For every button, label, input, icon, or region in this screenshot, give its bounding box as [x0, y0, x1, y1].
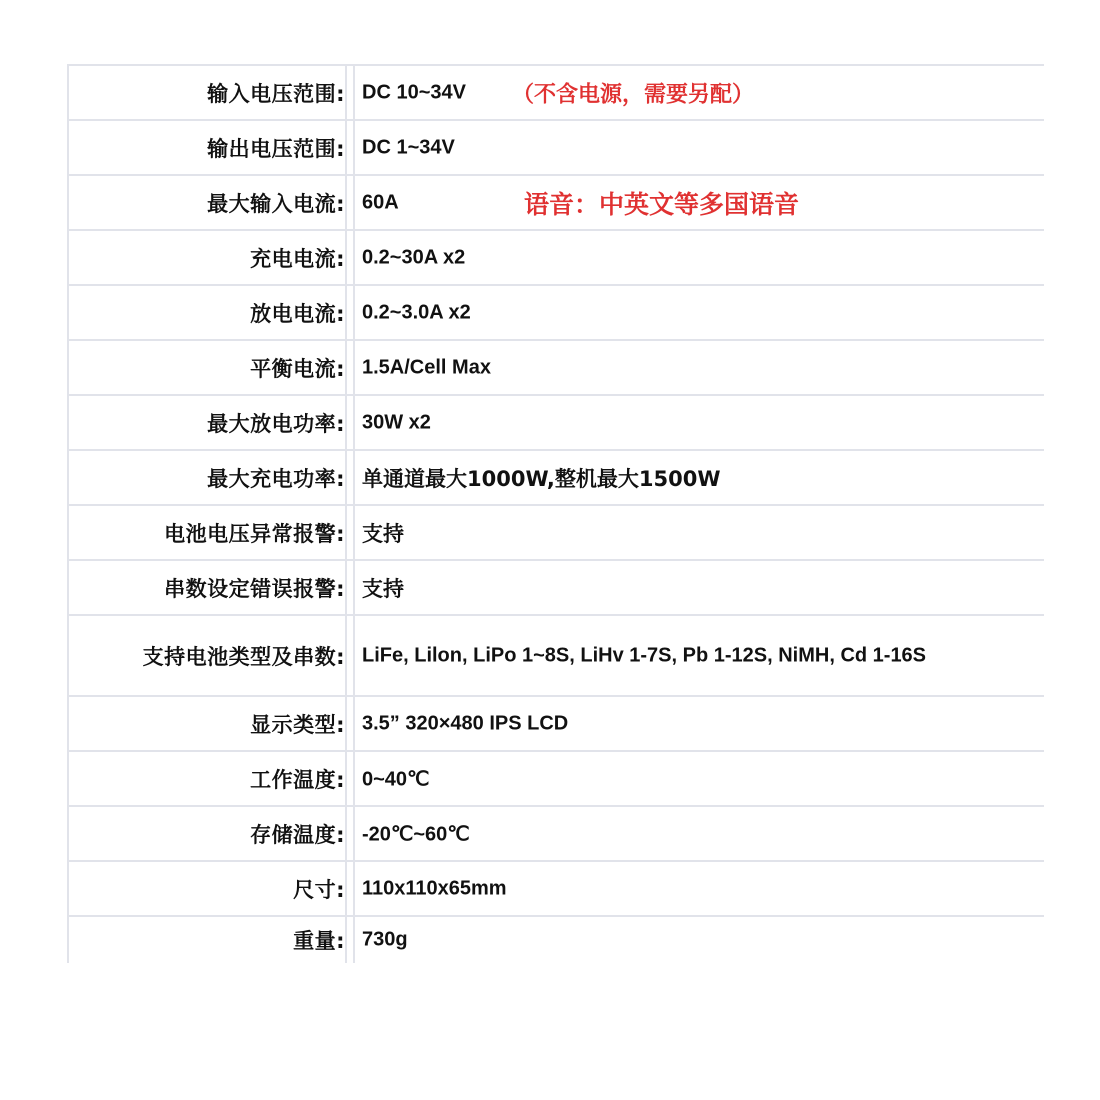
- table-row: 支持电池类型及串数: LiFe, Lilon, LiPo 1~8S, LiHv …: [69, 614, 1044, 695]
- spec-value: 60A: [362, 191, 399, 214]
- spec-value: DC 1~34V: [362, 136, 455, 159]
- table-row: 尺寸: 110x110x65mm: [69, 860, 1044, 915]
- spec-label: 平衡电流:: [75, 353, 345, 383]
- table-row: 工作温度: 0~40℃: [69, 750, 1044, 805]
- spec-label: 放电电流:: [75, 298, 345, 328]
- spec-label: 存储温度:: [75, 819, 345, 849]
- power-supply-note: （不含电源，需要另配）: [512, 77, 754, 108]
- table-row: 输出电压范围: DC 1~34V: [69, 119, 1044, 174]
- spec-label: 最大充电功率:: [75, 463, 345, 493]
- table-row: 放电电流: 0.2~3.0A x2: [69, 284, 1044, 339]
- spec-label: 串数设定错误报警:: [75, 573, 345, 603]
- spec-value: 0.2~30A x2: [362, 246, 465, 269]
- spec-value: 支持: [362, 573, 404, 603]
- spec-value: 30W x2: [362, 411, 431, 434]
- table-row: 平衡电流: 1.5A/Cell Max: [69, 339, 1044, 394]
- table-row: 最大充电功率: 单通道最大1000W,整机最大1500W: [69, 449, 1044, 504]
- table-row: 串数设定错误报警: 支持: [69, 559, 1044, 614]
- table-row: 显示类型: 3.5” 320×480 IPS LCD: [69, 695, 1044, 750]
- spec-value: 3.5” 320×480 IPS LCD: [362, 712, 568, 735]
- spec-value: 110x110x65mm: [362, 877, 507, 900]
- spec-value: 0~40℃: [362, 766, 430, 791]
- spec-value: 730g: [362, 929, 408, 952]
- table-row: 电池电压异常报警: 支持: [69, 504, 1044, 559]
- spec-value: -20℃~60℃: [362, 821, 470, 846]
- spec-label: 支持电池类型及串数:: [75, 641, 345, 671]
- table-row: 存储温度: -20℃~60℃: [69, 805, 1044, 860]
- spec-value: 0.2~3.0A x2: [362, 301, 471, 324]
- spec-value: 单通道最大1000W,整机最大1500W: [362, 463, 721, 493]
- table-row: 输入电压范围: DC 10~34V （不含电源，需要另配）: [69, 64, 1044, 119]
- spec-label: 输出电压范围:: [75, 133, 345, 163]
- spec-label: 最大输入电流:: [75, 188, 345, 218]
- spec-label: 最大放电功率:: [75, 408, 345, 438]
- spec-value: 支持: [362, 518, 404, 548]
- voice-note: 语音：中英文等多国语音: [524, 185, 799, 221]
- spec-label: 工作温度:: [75, 764, 345, 794]
- table-row: 最大放电功率: 30W x2: [69, 394, 1044, 449]
- spec-table: 输入电压范围: DC 10~34V （不含电源，需要另配） 输出电压范围: DC…: [67, 64, 1044, 963]
- spec-value: LiFe, Lilon, LiPo 1~8S, LiHv 1-7S, Pb 1-…: [362, 644, 926, 667]
- table-row: 重量: 730g: [69, 915, 1044, 963]
- spec-label: 输入电压范围:: [75, 78, 345, 108]
- spec-label: 显示类型:: [75, 709, 345, 739]
- spec-value: DC 10~34V: [362, 81, 466, 104]
- spec-label: 重量:: [75, 925, 345, 955]
- table-row: 充电电流: 0.2~30A x2: [69, 229, 1044, 284]
- spec-label: 充电电流:: [75, 243, 345, 273]
- table-row: 最大输入电流: 60A 语音：中英文等多国语音: [69, 174, 1044, 229]
- spec-label: 电池电压异常报警:: [75, 518, 345, 548]
- spec-value: 1.5A/Cell Max: [362, 356, 491, 379]
- spec-label: 尺寸:: [75, 874, 345, 904]
